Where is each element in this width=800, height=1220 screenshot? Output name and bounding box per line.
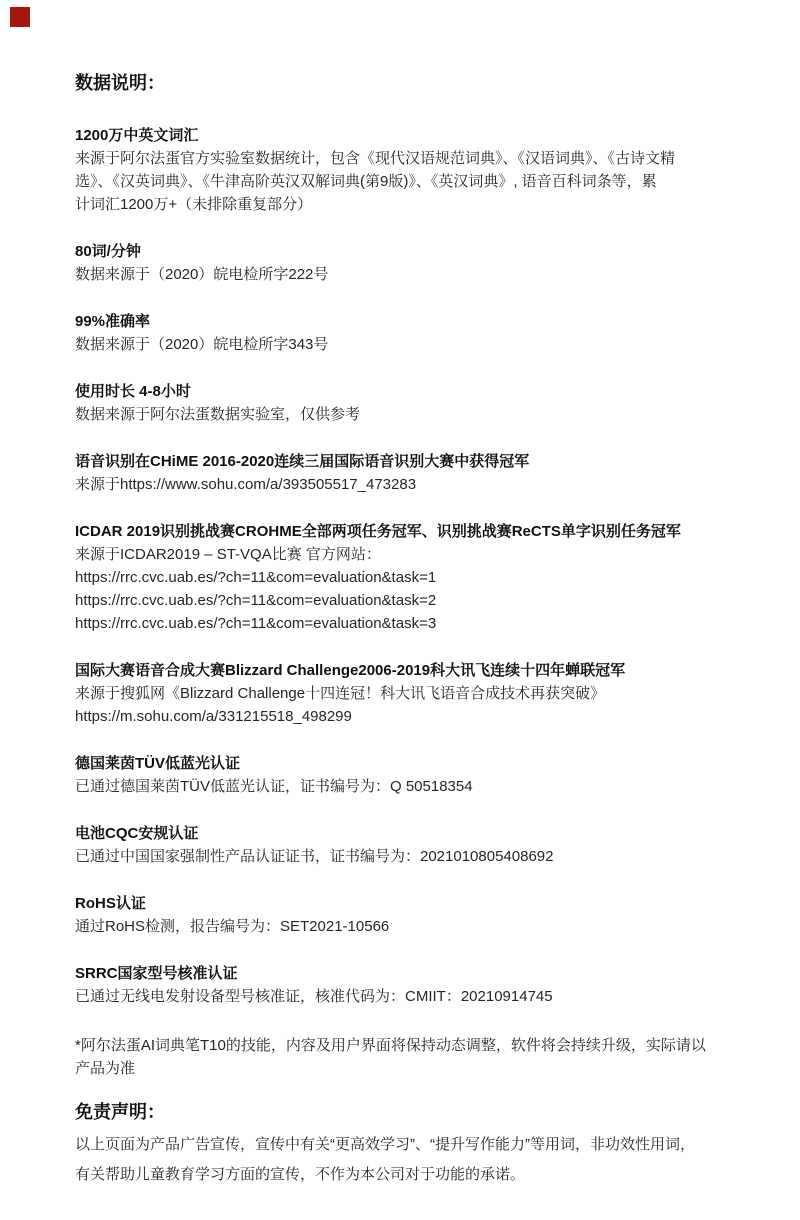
section-title: 国际大赛语音合成大赛Blizzard Challenge2006-2019科大讯… <box>75 659 740 682</box>
section-title: RoHS认证 <box>75 892 740 915</box>
disclaimer-line: 有关帮助儿童教育学习方面的宣传，不作为本公司对于功能的承诺。 <box>75 1160 740 1190</box>
section-title: ICDAR 2019识别挑战赛CROHME全部两项任务冠军、识别挑战赛ReCTS… <box>75 520 740 543</box>
page-title: 数据说明： <box>75 72 740 94</box>
data-section: SRRC国家型号核准认证已通过无线电发射设备型号核准证，核准代码为：CMIIT：… <box>75 962 740 1008</box>
data-section: 1200万中英文词汇来源于阿尔法蛋官方实验室数据统计，包含《现代汉语规范词典》、… <box>75 124 740 216</box>
section-line: 已通过德国莱茵TÜV低蓝光认证，证书编号为：Q 50518354 <box>75 775 740 798</box>
red-corner-marker <box>10 7 30 27</box>
section-title: 德国莱茵TÜV低蓝光认证 <box>75 752 740 775</box>
data-description-page: 数据说明： 1200万中英文词汇来源于阿尔法蛋官方实验室数据统计，包含《现代汉语… <box>75 72 740 1190</box>
product-note: *阿尔法蛋AI词典笔T10的技能，内容及用户界面将保持动态调整，软件将会持续升级… <box>75 1034 740 1080</box>
data-section: ICDAR 2019识别挑战赛CROHME全部两项任务冠军、识别挑战赛ReCTS… <box>75 520 740 635</box>
section-title: 99%准确率 <box>75 310 740 333</box>
section-line: 已通过无线电发射设备型号核准证，核准代码为：CMIIT：20210914745 <box>75 985 740 1008</box>
disclaimer-body: 以上页面为产品广告宣传，宣传中有关“更高效学习”、“提升写作能力”等用词，非功效… <box>75 1130 740 1190</box>
disclaimer-line: 以上页面为产品广告宣传，宣传中有关“更高效学习”、“提升写作能力”等用词，非功效… <box>75 1130 740 1160</box>
data-section: 电池CQC安规认证已通过中国国家强制性产品认证证书，证书编号为：20210108… <box>75 822 740 868</box>
section-title: 使用时长 4-8小时 <box>75 380 740 403</box>
source-url: https://rrc.cvc.uab.es/?ch=11&com=evalua… <box>75 566 740 589</box>
data-section: 国际大赛语音合成大赛Blizzard Challenge2006-2019科大讯… <box>75 659 740 728</box>
section-title: 电池CQC安规认证 <box>75 822 740 845</box>
section-line: 数据来源于（2020）皖电检所字222号 <box>75 263 740 286</box>
data-section: 德国莱茵TÜV低蓝光认证已通过德国莱茵TÜV低蓝光认证，证书编号为：Q 5051… <box>75 752 740 798</box>
section-title: 1200万中英文词汇 <box>75 124 740 147</box>
source-url: https://rrc.cvc.uab.es/?ch=11&com=evalua… <box>75 589 740 612</box>
section-line: 数据来源于（2020）皖电检所字343号 <box>75 333 740 356</box>
section-line: 已通过中国国家强制性产品认证证书，证书编号为：2021010805408692 <box>75 845 740 868</box>
section-line: 选》、《汉英词典》、《牛津高阶英汉双解词典(第9版)》、《英汉词典》, 语音百科… <box>75 170 740 193</box>
data-section: 99%准确率数据来源于（2020）皖电检所字343号 <box>75 310 740 356</box>
data-section: 使用时长 4-8小时数据来源于阿尔法蛋数据实验室，仅供参考 <box>75 380 740 426</box>
section-line: 来源于搜狐网《Blizzard Challenge十四连冠！科大讯飞语音合成技术… <box>75 682 740 705</box>
source-url: https://rrc.cvc.uab.es/?ch=11&com=evalua… <box>75 612 740 635</box>
note-line: *阿尔法蛋AI词典笔T10的技能，内容及用户界面将保持动态调整，软件将会持续升级… <box>75 1034 740 1057</box>
section-line: 来源于ICDAR2019 – ST-VQA比赛 官方网站： <box>75 543 740 566</box>
section-line: 计词汇1200万+（未排除重复部分） <box>75 193 740 216</box>
source-url: https://m.sohu.com/a/331215518_498299 <box>75 705 740 728</box>
section-title: SRRC国家型号核准认证 <box>75 962 740 985</box>
data-section: 80词/分钟数据来源于（2020）皖电检所字222号 <box>75 240 740 286</box>
section-line: 来源于阿尔法蛋官方实验室数据统计，包含《现代汉语规范词典》、《汉语词典》、《古诗… <box>75 147 740 170</box>
sections: 1200万中英文词汇来源于阿尔法蛋官方实验室数据统计，包含《现代汉语规范词典》、… <box>75 124 740 1008</box>
section-title: 语音识别在CHiME 2016-2020连续三届国际语音识别大赛中获得冠军 <box>75 450 740 473</box>
note-line: 产品为准 <box>75 1057 740 1080</box>
section-line: 通过RoHS检测，报告编号为：SET2021-10566 <box>75 915 740 938</box>
data-section: RoHS认证通过RoHS检测，报告编号为：SET2021-10566 <box>75 892 740 938</box>
section-line: 来源于https://www.sohu.com/a/393505517_4732… <box>75 473 740 496</box>
section-line: 数据来源于阿尔法蛋数据实验室，仅供参考 <box>75 403 740 426</box>
disclaimer-title: 免责声明： <box>75 1100 740 1124</box>
data-section: 语音识别在CHiME 2016-2020连续三届国际语音识别大赛中获得冠军来源于… <box>75 450 740 496</box>
section-title: 80词/分钟 <box>75 240 740 263</box>
